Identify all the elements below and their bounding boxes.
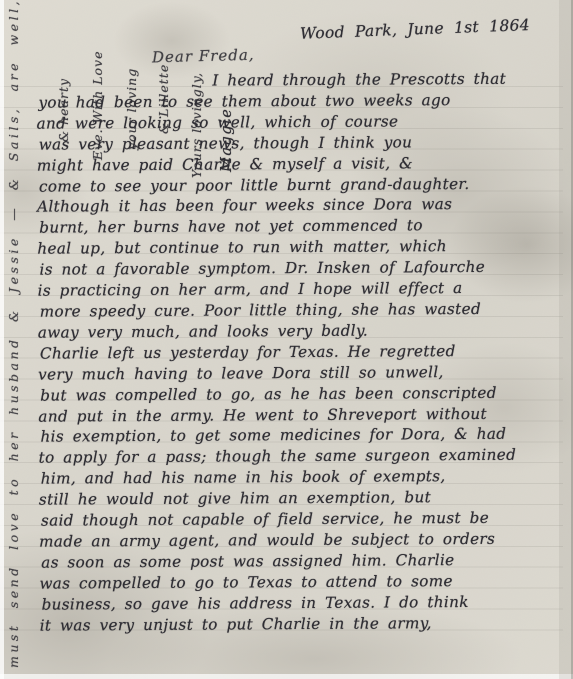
dateline: Wood Park, June 1st 1864 xyxy=(300,15,551,43)
body-line: come to see your poor little burnt grand… xyxy=(39,173,561,197)
body-line: is not a favorable symptom. Dr. Insken o… xyxy=(39,257,561,281)
body-line: it was very unjust to put Charlie in the… xyxy=(40,612,562,636)
body-line: was very pleasant news, though I think y… xyxy=(39,131,561,155)
body-line: his exemption, to get some medicines for… xyxy=(40,424,562,448)
closing-line: Yours lovingly, xyxy=(189,72,204,178)
body-line: you had been to see them about two weeks… xyxy=(38,89,560,113)
body-line: but was compelled to go, as he has been … xyxy=(40,382,562,406)
body-line: more speedy cure. Poor little thing, she… xyxy=(40,298,562,322)
margin-note: must send love to her husband & Jessie —… xyxy=(6,0,21,668)
signature: Maggie. xyxy=(219,102,235,172)
body-line: burnt, her burns have not yet commenced … xyxy=(39,215,561,239)
body-line: as soon as some post was assigned him. C… xyxy=(41,549,563,573)
body-line: business, so gave his address in Texas. … xyxy=(41,591,563,615)
body-line: said though not capable of field service… xyxy=(41,507,563,531)
body-line: him, and had his name in his book of exe… xyxy=(41,466,563,490)
closing-line: & Lillette xyxy=(156,64,171,134)
body-line: Charlie left us yesterday for Texas. He … xyxy=(40,340,562,364)
closing-line: your loving xyxy=(124,68,139,150)
closing-line: & hearty xyxy=(56,78,71,142)
letter-body: I heard through the Prescotts thatyou ha… xyxy=(36,68,561,636)
letter-page: Wood Park, June 1st 1864 Dear Freda, I h… xyxy=(0,0,573,679)
closing-line: Eve. With Love xyxy=(90,51,105,161)
